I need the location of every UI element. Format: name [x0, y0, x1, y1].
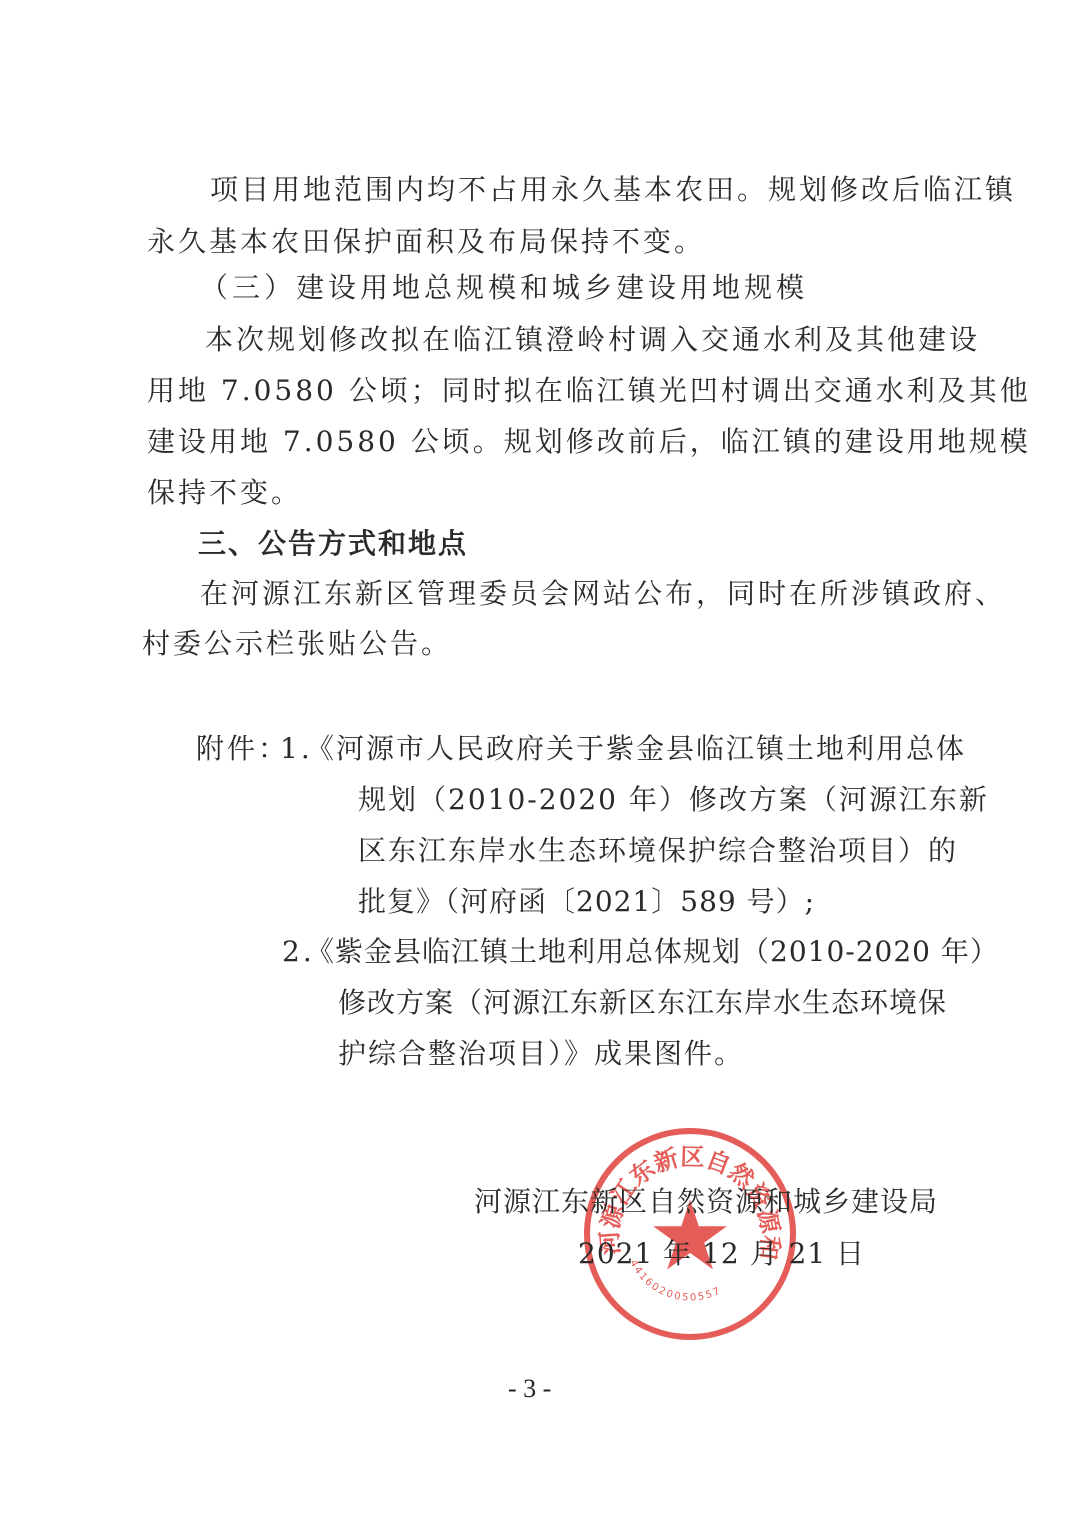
paragraph-line: 项目用地范围内均不占用永久基本农田。规划修改后临江镇 [210, 176, 1016, 204]
paragraph-line: 在河源江东新区管理委员会网站公布，同时在所涉镇政府、 [200, 580, 1006, 608]
paragraph-line: 保持不变。 [147, 479, 302, 507]
attachment-line: 《紫金县临江镇土地利用总体规划（2010-2020 年） [306, 938, 999, 966]
paragraph-line: 用地 7.0580 公顷；同时拟在临江镇光凹村调出交通水利及其他 [147, 377, 1031, 405]
attachment-line: 修改方案（河源江东新区东江东岸水生态环境保 [338, 989, 947, 1017]
issue-date: 2021 年 12 月 21 日 [578, 1240, 865, 1268]
paragraph-line: 永久基本农田保护面积及布局保持不变。 [147, 228, 705, 256]
subsection-heading: （三）建设用地总规模和城乡建设用地规模 [200, 274, 808, 302]
issuer-name: 河源江东新区自然资源和城乡建设局 [474, 1188, 938, 1216]
paragraph-line: 本次规划修改拟在临江镇澄岭村调入交通水利及其他建设 [205, 326, 980, 354]
official-seal: 河源江东新区自然资源和城乡建设局 4416020050557 ★ [584, 1128, 796, 1340]
attachments-label: 附件： [196, 735, 289, 763]
section-heading: 三、公告方式和地点 [198, 530, 468, 558]
attachment-line: 批复》（河府函〔2021〕589 号）; [358, 888, 815, 916]
paragraph-line: 村委公示栏张贴公告。 [142, 630, 452, 658]
paragraph-line: 建设用地 7.0580 公顷。规划修改前后，临江镇的建设用地规模 [147, 428, 1031, 456]
page-number: - 3 - [508, 1374, 551, 1404]
attachment-line: 护综合整治项目）》成果图件。 [338, 1040, 744, 1068]
attachment-line: 规划（2010-2020 年）修改方案（河源江东新 [358, 786, 989, 814]
attachment-line: 《河源市人民政府关于紫金县临江镇土地利用总体 [306, 735, 966, 763]
attachment-line: 区东江东岸水生态环境保护综合整治项目）的 [358, 837, 958, 865]
